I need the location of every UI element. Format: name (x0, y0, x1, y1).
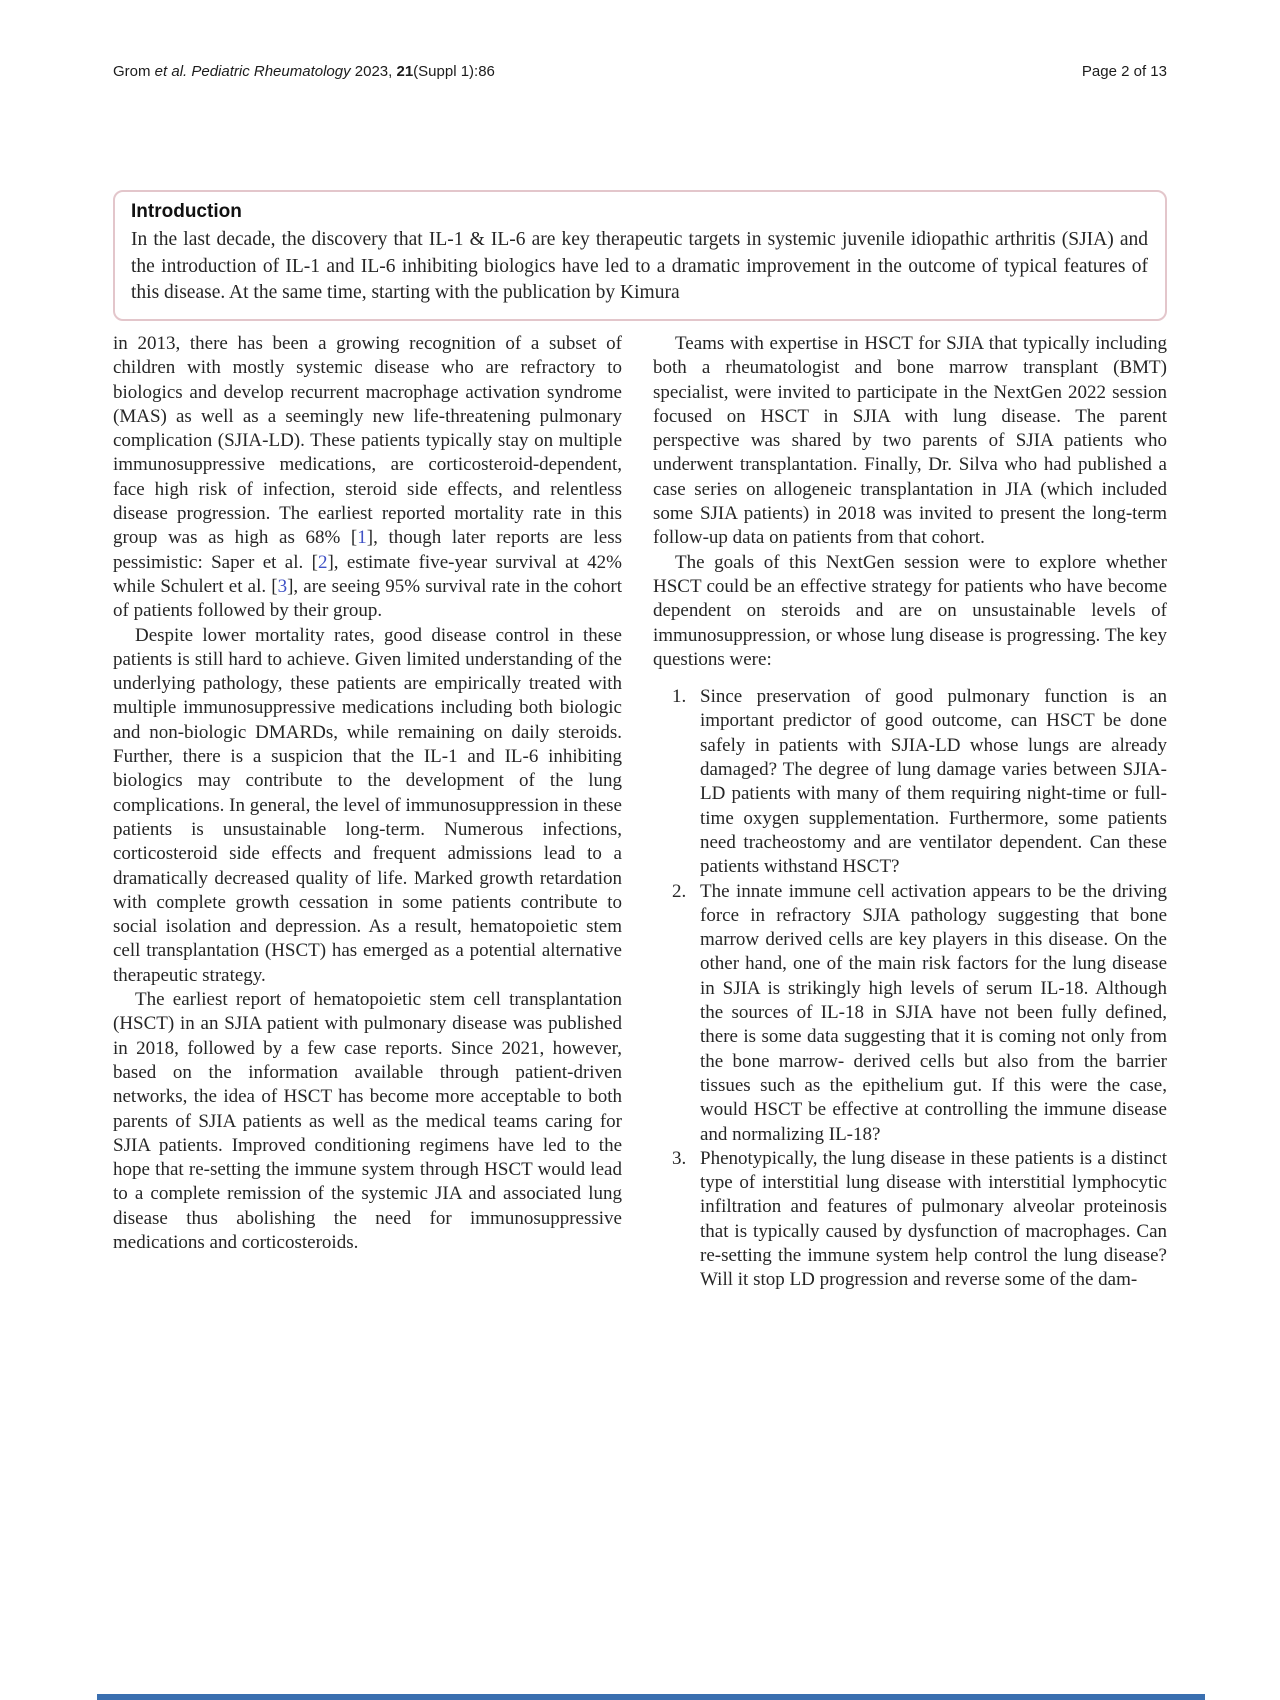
citation: Grom et al. Pediatric Rheumatology 2023,… (113, 63, 495, 80)
citation-link[interactable]: 1 (357, 527, 367, 548)
paragraph: The earliest report of hematopoietic ste… (113, 988, 622, 1255)
paragraph: The goals of this NextGen session were t… (653, 551, 1167, 672)
introduction-title: Introduction (131, 201, 1148, 223)
citation-authors: Grom (113, 63, 155, 80)
list-text: Phenotypically, the lung disease in thes… (700, 1147, 1167, 1293)
article-body: in 2013, there has been a growing recogn… (113, 332, 1167, 1293)
list-text: The innate immune cell activation appear… (700, 880, 1167, 1147)
left-column: in 2013, there has been a growing recogn… (113, 332, 622, 1293)
citation-link[interactable]: 3 (278, 576, 288, 597)
list-item: 2.The innate immune cell activation appe… (653, 880, 1167, 1147)
introduction-text: In the last decade, the discovery that I… (131, 227, 1148, 307)
paper-page: Grom et al. Pediatric Rheumatology 2023,… (0, 0, 1280, 1700)
question-list: 1.Since preservation of good pulmonary f… (653, 685, 1167, 1292)
introduction-box: Introduction In the last decade, the dis… (113, 190, 1167, 321)
right-column: Teams with expertise in HSCT for SJIA th… (653, 332, 1167, 1293)
list-item: 1.Since preservation of good pulmonary f… (653, 685, 1167, 879)
paragraph: Teams with expertise in HSCT for SJIA th… (653, 332, 1167, 551)
citation-journal: et al. Pediatric Rheumatology (155, 63, 351, 80)
citation-issue: (Suppl 1):86 (413, 63, 495, 80)
next-page-edge (97, 1694, 1205, 1700)
paragraph: Despite lower mortality rates, good dise… (113, 624, 622, 988)
page-header: Grom et al. Pediatric Rheumatology 2023,… (113, 63, 1167, 80)
list-text: Since preservation of good pulmonary fun… (700, 685, 1167, 879)
list-item: 3.Phenotypically, the lung disease in th… (653, 1147, 1167, 1293)
list-number: 1. (672, 685, 700, 879)
list-number: 2. (672, 880, 700, 1147)
page-number: Page 2 of 13 (1082, 63, 1167, 80)
citation-year: 2023, (351, 63, 397, 80)
citation-link[interactable]: 2 (318, 552, 328, 573)
paragraph: in 2013, there has been a growing recogn… (113, 332, 622, 624)
citation-volume: 21 (396, 63, 413, 80)
list-number: 3. (672, 1147, 700, 1293)
